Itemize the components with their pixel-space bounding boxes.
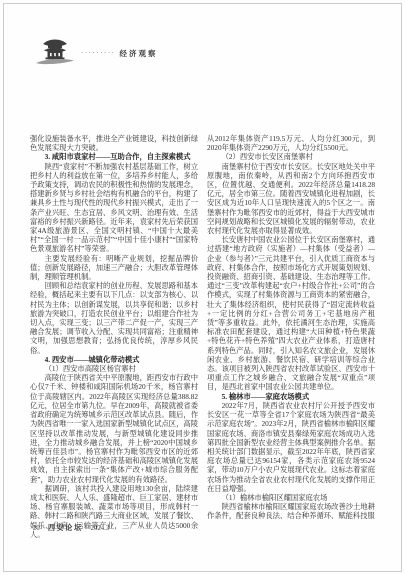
paragraph: 南堡寨村位于西安市长安区。长安区地处关中平原腹地，南依秦岭，从西和南2个方向环抱… <box>207 162 375 236</box>
paragraph: （1）西安市高陵区杨官寨村 <box>30 364 198 373</box>
page-header: ········· 经济观察 <box>34 36 157 66</box>
paragraph: 回顾和总结袁家村的创业历程、发展思路和基本经验，概括起来主要有以下几点：以支部为… <box>30 281 198 355</box>
journal-logo-icon <box>34 36 76 66</box>
page-number: 20 <box>33 525 40 532</box>
paragraph: 陕西省榆林市榆阳区耀国家庭农场改善沙土地耕作条件，配套良种良法、结合种养循环、赋… <box>207 502 375 520</box>
paragraph: 高陵位于陕西省关中平原腹地，距西安市行政中心仅7千米、钟楼和咸阳国际机场20千米… <box>30 373 198 483</box>
paragraph: 长安唐村中国农业公园位于长安区南堡寨村，通过搭建“地方政府（实施者）—村集体（受… <box>207 235 375 391</box>
paragraph: 强化设施装备水平，推进全产业链建设，科技创新绿色发展实现大力突破。 <box>30 134 198 152</box>
issue-number: 2024.3 <box>91 525 110 532</box>
paragraph: 3. 咸阳市袁家村——互助合作，自主探索模式 <box>30 152 198 161</box>
journal-page: ········· 经济观察 强化设施装备水平，推进全产业链建设，科技创新绿色发… <box>0 0 405 575</box>
journal-name: 西安论坛 <box>48 523 83 533</box>
section-header-line: ········· 经济观察 <box>81 48 157 66</box>
paragraph: 5. 榆林市——家庭农场模式 <box>207 392 375 401</box>
paragraph: （2）西安市长安区南堡寨村 <box>207 152 375 161</box>
left-column: 强化设施装备水平，推进全产业链建设，科技创新绿色发展实现大力突破。3. 咸阳市袁… <box>30 134 198 539</box>
right-column: 从2012年集体资产119.5万元、人均分红300元，到2020年集体资产229… <box>207 134 375 539</box>
page-footer: 20 西安论坛 2024.3 <box>33 523 109 533</box>
section-label: 经济观察 <box>119 48 157 59</box>
article-body: 强化设施装备水平，推进全产业链建设，科技创新绿色发展实现大力突破。3. 咸阳市袁… <box>30 134 375 539</box>
paragraph: 4. 西安市——城镇化带动模式 <box>30 355 198 364</box>
paragraph: 主要发展经验有：明晰产业规划，挖掘品牌价值；创新发展路径，加速三产融合；大胆改革… <box>30 254 198 282</box>
paragraph: 从2012年集体资产119.5万元、人均分红300元，到2020年集体资产229… <box>207 134 375 152</box>
header-dots: ········· <box>81 50 115 57</box>
paragraph: （1）榆林市榆阳区耀国家庭农场 <box>207 493 375 502</box>
paragraph: 2022年7月，陕西省农业农村厅公开授予西安市长安区一花一草等全省17个家庭农场… <box>207 401 375 493</box>
paragraph: 陕西“袁家村”不断加强农村基层基础工作，树立把乡村人的利益放在第一位，多培养乡村… <box>30 162 198 254</box>
